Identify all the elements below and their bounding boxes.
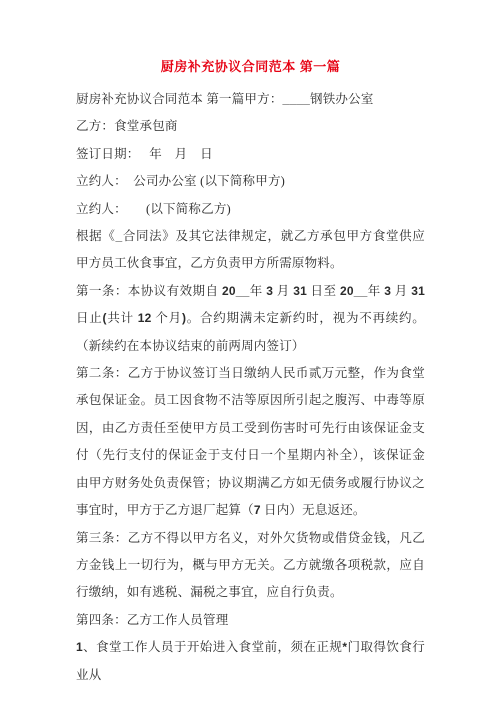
text-run: 年 xyxy=(368,284,385,298)
paragraph: 签订日期： 年 月 日 xyxy=(76,141,425,168)
text-run: 立约人： (以下简称乙方) xyxy=(76,202,231,216)
text-run-bold: 20__ xyxy=(340,284,368,298)
text-run: 个月 xyxy=(152,311,182,325)
paragraph: 立约人： 公司办公室 (以下简称甲方) xyxy=(76,168,425,195)
text-run-bold: 7 xyxy=(254,503,261,517)
document-title: 厨房补充协议合同范本 第一篇 xyxy=(76,57,425,77)
paragraph: 立约人： (以下简称乙方) xyxy=(76,196,425,223)
text-run: 年 xyxy=(249,284,266,298)
paragraph: 第一条：本协议有效期自 20__年 3 月 31 日至 20__年 3 月 31… xyxy=(76,278,425,360)
text-run: 月 xyxy=(273,284,293,298)
text-run: 厨房补充协议合同范本 第一篇甲方： xyxy=(76,92,283,106)
text-run-bold: 1 xyxy=(76,640,83,654)
document-page: 厨房补充协议合同范本 第一篇 厨房补充协议合同范本 第一篇甲方：____钢铁办公… xyxy=(0,0,500,707)
text-run: 根据《 xyxy=(76,229,115,243)
text-run: 日止 xyxy=(76,311,103,325)
text-run-bold: 12 xyxy=(138,311,152,325)
text-run: 立约人： 公司办公室 (以下简称甲方) xyxy=(76,174,285,188)
document-body: 厨房补充协议合同范本 第一篇甲方：____钢铁办公室乙方：食堂承包商签订日期： … xyxy=(76,86,425,689)
paragraph: 厨房补充协议合同范本 第一篇甲方：____钢铁办公室 xyxy=(76,86,425,113)
text-run: 合同法》及其它法律规定，就乙方承包甲方食堂供应甲方员工伙食事宜，乙方负责甲方所需… xyxy=(76,229,425,270)
paragraph: 第四条：乙方工作人员管理 xyxy=(76,607,425,634)
text-run: 第四条：乙方工作人员管理 xyxy=(76,613,228,627)
paragraph: 第三条：乙方不得以甲方名义，对外欠货物或借贷金钱，凡乙方金钱上一切行为，概与甲方… xyxy=(76,525,425,607)
text-run: 第二条：乙方于协议签订当日缴纳人民币贰万元整，作为食堂承包保证金。员工因食物不洁… xyxy=(76,366,425,517)
text-run: 、食堂工作人员于开始进入食堂前，须在正规 xyxy=(83,640,342,654)
text-run-bold: 31 xyxy=(293,284,307,298)
text-run: 第一条：本协议有效期自 xyxy=(76,284,222,298)
paragraph: 根据《_合同法》及其它法律规定，就乙方承包甲方食堂供应甲方员工伙食事宜，乙方负责… xyxy=(76,223,425,278)
paragraph: 乙方：食堂承包商 xyxy=(76,113,425,140)
text-run: 共计 xyxy=(107,311,138,325)
text-run: 月 xyxy=(391,284,411,298)
paragraph: 1、食堂工作人员于开始进入食堂前，须在正规*门取得饮食行业从 xyxy=(76,634,425,689)
text-run: 日内）无息返还。 xyxy=(261,503,366,517)
text-run: 第三条：乙方不得以甲方名义，对外欠货物或借贷金钱，凡乙方金钱上一切行为，概与甲方… xyxy=(76,531,425,600)
text-run-bold: 20__ xyxy=(222,284,250,298)
text-run-bold: ____ xyxy=(283,92,311,106)
text-run: 日至 xyxy=(307,284,340,298)
text-run-bold: 31 xyxy=(411,284,425,298)
paragraph: 第二条：乙方于协议签订当日缴纳人民币贰万元整，作为食堂承包保证金。员工因食物不洁… xyxy=(76,360,425,524)
text-run: 签订日期： 年 月 日 xyxy=(76,147,213,161)
text-run: 钢铁办公室 xyxy=(310,92,374,106)
text-run: 乙方：食堂承包商 xyxy=(76,119,178,133)
